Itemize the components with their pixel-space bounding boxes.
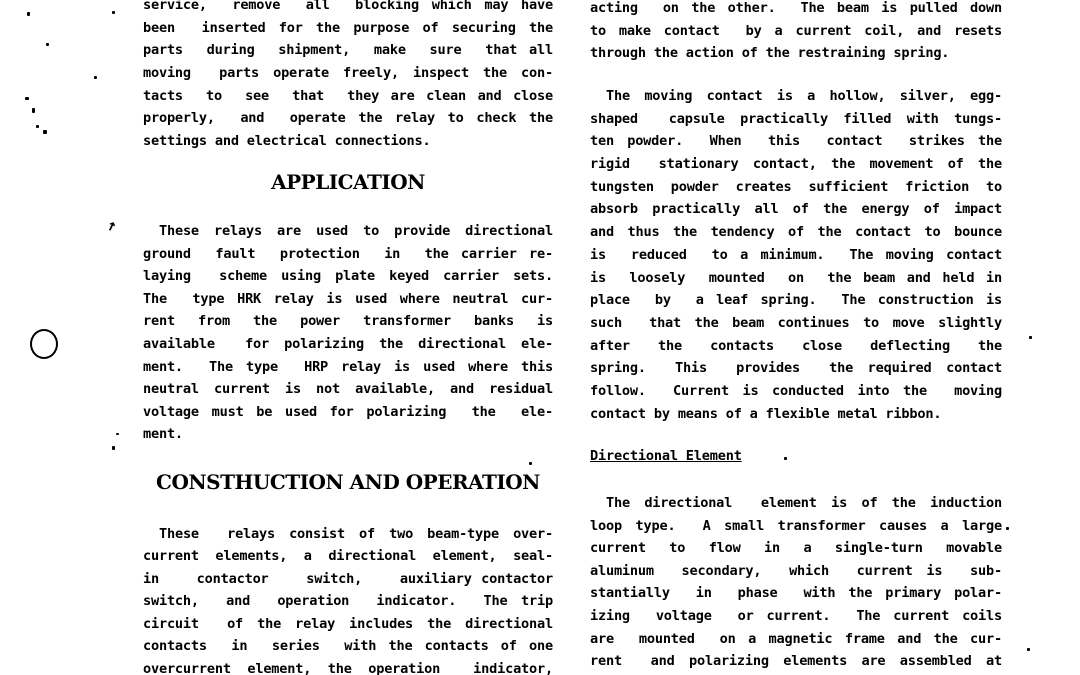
directional-element-line: aluminum secondary, which current is sub… bbox=[590, 560, 1002, 582]
moving-contact-line: rigid stationary contact, the movement o… bbox=[590, 153, 1002, 175]
directional-element-line: loop type. A small transformer causes a … bbox=[590, 515, 1002, 537]
intro-line: parts during shipment, make sure that al… bbox=[143, 39, 553, 61]
directional-element-line: izing voltage or current. The current co… bbox=[590, 605, 1002, 627]
scan-speck bbox=[46, 43, 49, 46]
directional-element-line: current to flow in a single-turn movable bbox=[590, 537, 1002, 559]
application-line: voltage must be used for polarizing the … bbox=[143, 401, 553, 423]
moving-contact-line: The moving contact is a hollow, silver, … bbox=[590, 85, 1002, 107]
directional-element-line: rent and polarizing elements are assembl… bbox=[590, 650, 1002, 672]
scan-speck bbox=[36, 125, 39, 128]
application-line: available for polarizing the directional… bbox=[143, 333, 553, 355]
moving-contact-line: is loosely mounted on the beam and held … bbox=[590, 267, 1002, 289]
scan-speck bbox=[1029, 336, 1032, 339]
construction-line: in contactor switch, auxiliary contactor bbox=[143, 568, 553, 590]
application-line: The type HRK relay is used where neutral… bbox=[143, 288, 553, 310]
scan-speck bbox=[1027, 648, 1030, 651]
application-line: laying scheme using plate keyed carrier … bbox=[143, 265, 553, 287]
scan-speck bbox=[112, 446, 115, 450]
moving-contact-line: is reduced to a minimum. The moving cont… bbox=[590, 244, 1002, 266]
application-line: neutral current is not available, and re… bbox=[143, 378, 553, 400]
intro-line: through the action of the restraining sp… bbox=[590, 42, 1002, 64]
moving-contact-line: follow. Current is conducted into the mo… bbox=[590, 380, 1002, 402]
construction-line: circuit of the relay includes the direct… bbox=[143, 613, 553, 635]
moving-contact-line: after the contacts close deflecting the bbox=[590, 335, 1002, 357]
intro-line: moving parts operate freely, inspect the… bbox=[143, 62, 553, 84]
moving-contact-line: contact by means of a flexible metal rib… bbox=[590, 403, 1002, 425]
scan-speck bbox=[116, 433, 119, 435]
moving-contact-line: ten powder. When this contact strikes th… bbox=[590, 130, 1002, 152]
intro-line: acting on the other. The beam is pulled … bbox=[590, 0, 1002, 19]
scan-speck bbox=[94, 76, 97, 79]
directional-element-line: stantially in phase with the primary pol… bbox=[590, 582, 1002, 604]
intro-line: been inserted for the purpose of securin… bbox=[143, 17, 553, 39]
intro-line: to make contact by a current coil, and r… bbox=[590, 20, 1002, 42]
scan-speck bbox=[784, 457, 787, 460]
intro-line: properly, and operate the relay to check… bbox=[143, 107, 553, 129]
punch-hole-mark bbox=[30, 329, 58, 359]
scan-speck bbox=[529, 462, 532, 465]
scan-speck bbox=[43, 130, 47, 134]
moving-contact-line: spring. This provides the required conta… bbox=[590, 357, 1002, 379]
application-line: These relays are used to provide directi… bbox=[143, 220, 553, 242]
moving-contact-line: and thus the tendency of the contact to … bbox=[590, 221, 1002, 243]
application-line: ground fault protection in the carrier r… bbox=[143, 243, 553, 265]
construction-line: current elements, a directional element,… bbox=[143, 545, 553, 567]
moving-contact-line: absorb practically all of the energy of … bbox=[590, 198, 1002, 220]
moving-contact-line: place by a leaf spring. The construction… bbox=[590, 289, 1002, 311]
intro-line: service, remove all blocking which may h… bbox=[143, 0, 553, 16]
construction-line: overcurrent element, the operation indic… bbox=[143, 658, 553, 675]
application-line: ment. The type HRP relay is used where t… bbox=[143, 356, 553, 378]
application-line: rent from the power transformer banks is bbox=[143, 310, 553, 332]
scan-speck bbox=[112, 11, 115, 14]
construction-line: These relays consist of two beam-type ov… bbox=[143, 523, 553, 545]
subheading-directional-element: Directional Element bbox=[590, 448, 742, 464]
construction-line: switch, and operation indicator. The tri… bbox=[143, 590, 553, 612]
heading-application: APPLICATION bbox=[143, 170, 553, 194]
pen-mark: ↗ bbox=[103, 214, 119, 235]
scan-speck bbox=[1006, 527, 1009, 530]
moving-contact-line: such that the beam continues to move sli… bbox=[590, 312, 1002, 334]
moving-contact-line: tungsten powder creates sufficient frict… bbox=[590, 176, 1002, 198]
moving-contact-line: shaped capsule practically filled with t… bbox=[590, 108, 1002, 130]
directional-element-line: The directional element is of the induct… bbox=[590, 492, 1002, 514]
heading-construction-and-operation: CONSTHUCTION AND OPERATION bbox=[143, 470, 553, 494]
scan-speck bbox=[25, 97, 29, 100]
intro-line: settings and electrical connections. bbox=[143, 130, 553, 152]
intro-line: tacts to see that they are clean and clo… bbox=[143, 85, 553, 107]
directional-element-line: are mounted on a magnetic frame and the … bbox=[590, 628, 1002, 650]
scan-speck bbox=[32, 108, 35, 113]
scan-speck bbox=[27, 12, 30, 16]
construction-line: contacts in series with the contacts of … bbox=[143, 635, 553, 657]
application-line: ment. bbox=[143, 423, 553, 445]
